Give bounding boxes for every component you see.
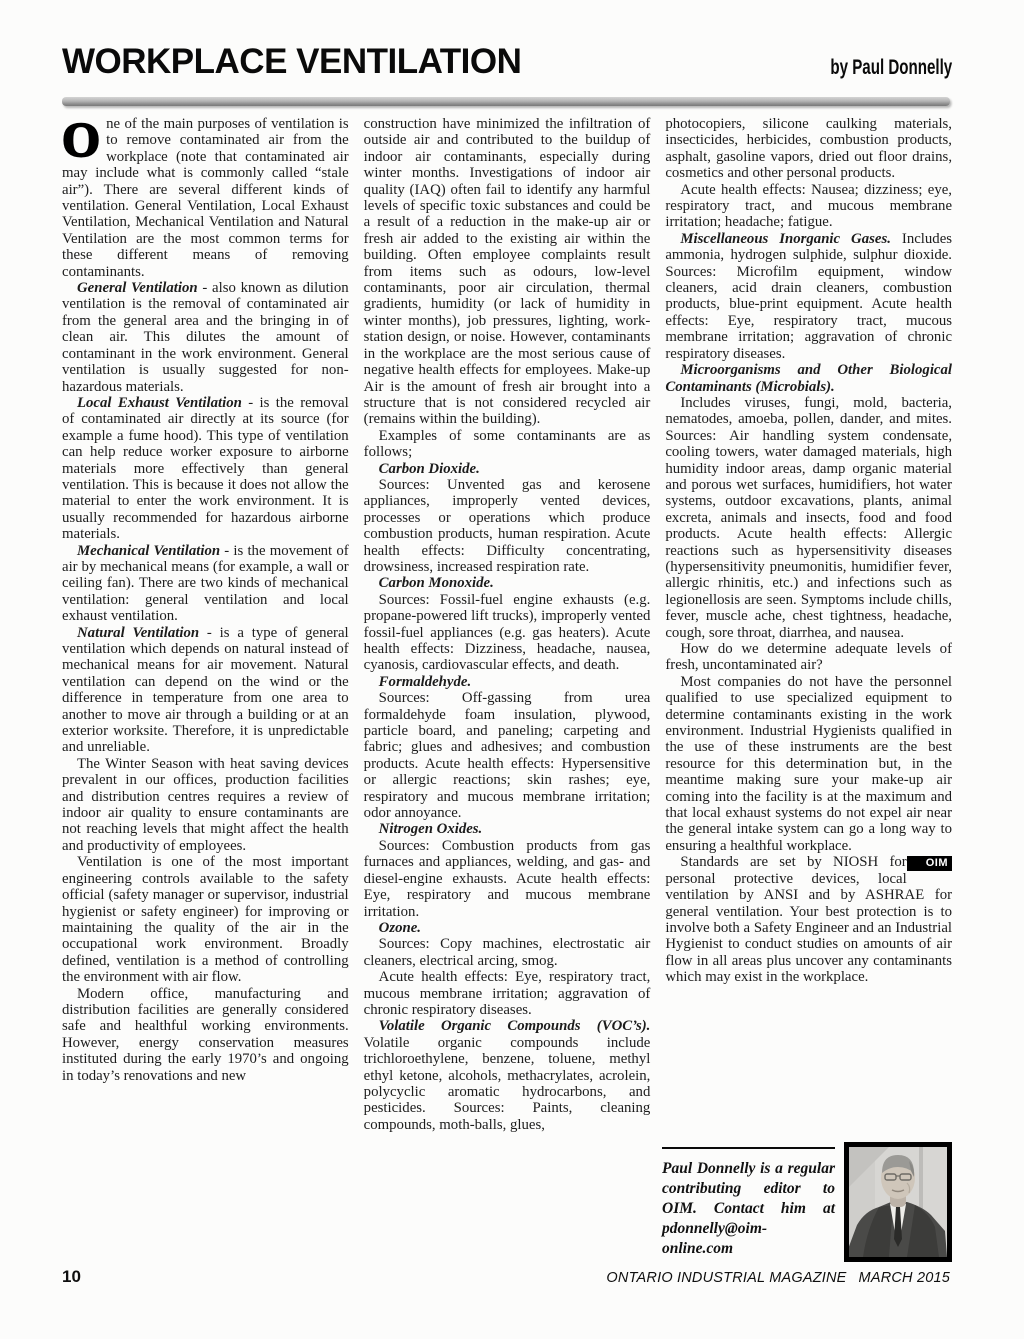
paragraph: construction have minimized the infiltra…	[364, 116, 651, 428]
paragraph: Sources: Off-gassing from urea formaldeh…	[364, 690, 651, 821]
paragraph-lead-heading: Microorganisms and Other Biological Cont…	[665, 362, 952, 394]
article-body: One of the main purposes of ventilation …	[62, 116, 952, 1250]
paragraph: Sources: Combustion products from gas fu…	[364, 838, 651, 920]
paragraph: Ventilation is one of the most important…	[62, 854, 349, 985]
paragraph-lead-heading: Formaldehyde.	[379, 674, 471, 690]
paragraph-lead-heading: Ozone.	[379, 920, 421, 936]
paragraph: Miscellaneous Inorganic Gases. Includes …	[665, 231, 952, 362]
paragraph: One of the main purposes of ventilation …	[62, 116, 349, 280]
issue-date: MARCH 2015	[859, 1270, 950, 1286]
paragraph-lead-heading: Local Exhaust Ventilation	[77, 395, 242, 411]
paragraph: Carbon Monoxide.	[364, 575, 651, 591]
author-portrait-illustration	[849, 1147, 947, 1257]
paragraph-lead-heading: Miscellaneous Inorganic Gases.	[680, 231, 891, 247]
paragraph-lead-heading: Mechanical Ventilation	[77, 543, 220, 559]
author-bio: Paul Donnelly is a regular contributing …	[662, 1142, 952, 1262]
author-portrait-photo	[844, 1142, 952, 1262]
paragraph: Acute health effects: Nausea; dizziness;…	[665, 182, 952, 231]
paragraph: Sources: Copy machines, electrostatic ai…	[364, 936, 651, 969]
byline: by Paul Donnelly	[830, 56, 952, 80]
paragraph: Carbon Dioxide.	[364, 461, 651, 477]
paragraph: Examples of some contaminants are as fol…	[364, 428, 651, 461]
page-number: 10	[62, 1267, 81, 1287]
paragraph-lead-heading: Carbon Monoxide.	[379, 575, 494, 591]
paragraph: OIMStandards are set by NIOSH for person…	[665, 854, 952, 985]
paragraph: Modern office, manufacturing and distrib…	[62, 986, 349, 1084]
paragraph-lead-heading: Natural Ventilation	[77, 625, 199, 641]
paragraph: Natural Ventilation - is a type of gener…	[62, 625, 349, 756]
author-bio-rule: Paul Donnelly is a regular contributing …	[662, 1147, 835, 1259]
paragraph-lead-heading: General Ventilation	[77, 280, 198, 296]
paragraph: General Ventilation - also known as dilu…	[62, 280, 349, 395]
paragraph: Sources: Fossil-fuel engine exhausts (e.…	[364, 592, 651, 674]
paragraph-lead-heading: Carbon Dioxide.	[379, 461, 480, 477]
oim-endmark: OIM	[907, 856, 952, 871]
paragraph: Nitrogen Oxides.	[364, 821, 651, 837]
header-divider-bar	[62, 97, 950, 106]
column-2: construction have minimized the infiltra…	[364, 116, 651, 1250]
paragraph-lead-heading: Volatile Organic Compounds (VOC’s).	[379, 1018, 651, 1034]
column-3: photocopiers, silicone caulking material…	[665, 116, 952, 1250]
magazine-page: { "header": { "title": "WORKPLACE VENTIL…	[0, 0, 1024, 1339]
paragraph: Formaldehyde.	[364, 674, 651, 690]
paragraph: How do we determine adequate levels of f…	[665, 641, 952, 674]
drop-cap: O	[62, 119, 100, 160]
column-1: One of the main purposes of ventilation …	[62, 116, 349, 1250]
paragraph: Ozone.	[364, 920, 651, 936]
paragraph: Volatile Organic Compounds (VOC’s). Vola…	[364, 1018, 651, 1133]
paragraph: The Winter Season with heat saving devic…	[62, 756, 349, 854]
paragraph: Most companies do not have the personnel…	[665, 674, 952, 854]
footer: 10 ONTARIO INDUSTRIAL MAGAZINEMARCH 2015	[62, 1267, 950, 1287]
page-title: WORKPLACE VENTILATION	[62, 42, 521, 82]
paragraph: Local Exhaust Ventilation - is the remov…	[62, 395, 349, 543]
paragraph: Microorganisms and Other Biological Cont…	[665, 362, 952, 395]
paragraph: Includes viruses, fungi, mold, bacteria,…	[665, 395, 952, 641]
paragraph: Sources: Unvented gas and kerosene appli…	[364, 477, 651, 575]
footer-magazine-line: ONTARIO INDUSTRIAL MAGAZINEMARCH 2015	[606, 1270, 950, 1286]
author-bio-text: Paul Donnelly is a regular contributing …	[662, 1159, 835, 1259]
paragraph: Mechanical Ventilation - is the movement…	[62, 543, 349, 625]
paragraph-lead-heading: Nitrogen Oxides.	[379, 821, 483, 837]
header: WORKPLACE VENTILATION by Paul Donnelly	[62, 42, 952, 94]
magazine-name: ONTARIO INDUSTRIAL MAGAZINE	[606, 1270, 846, 1286]
paragraph: Acute health effects: Eye, respiratory t…	[364, 969, 651, 1018]
paragraph: photocopiers, silicone caulking material…	[665, 116, 952, 182]
